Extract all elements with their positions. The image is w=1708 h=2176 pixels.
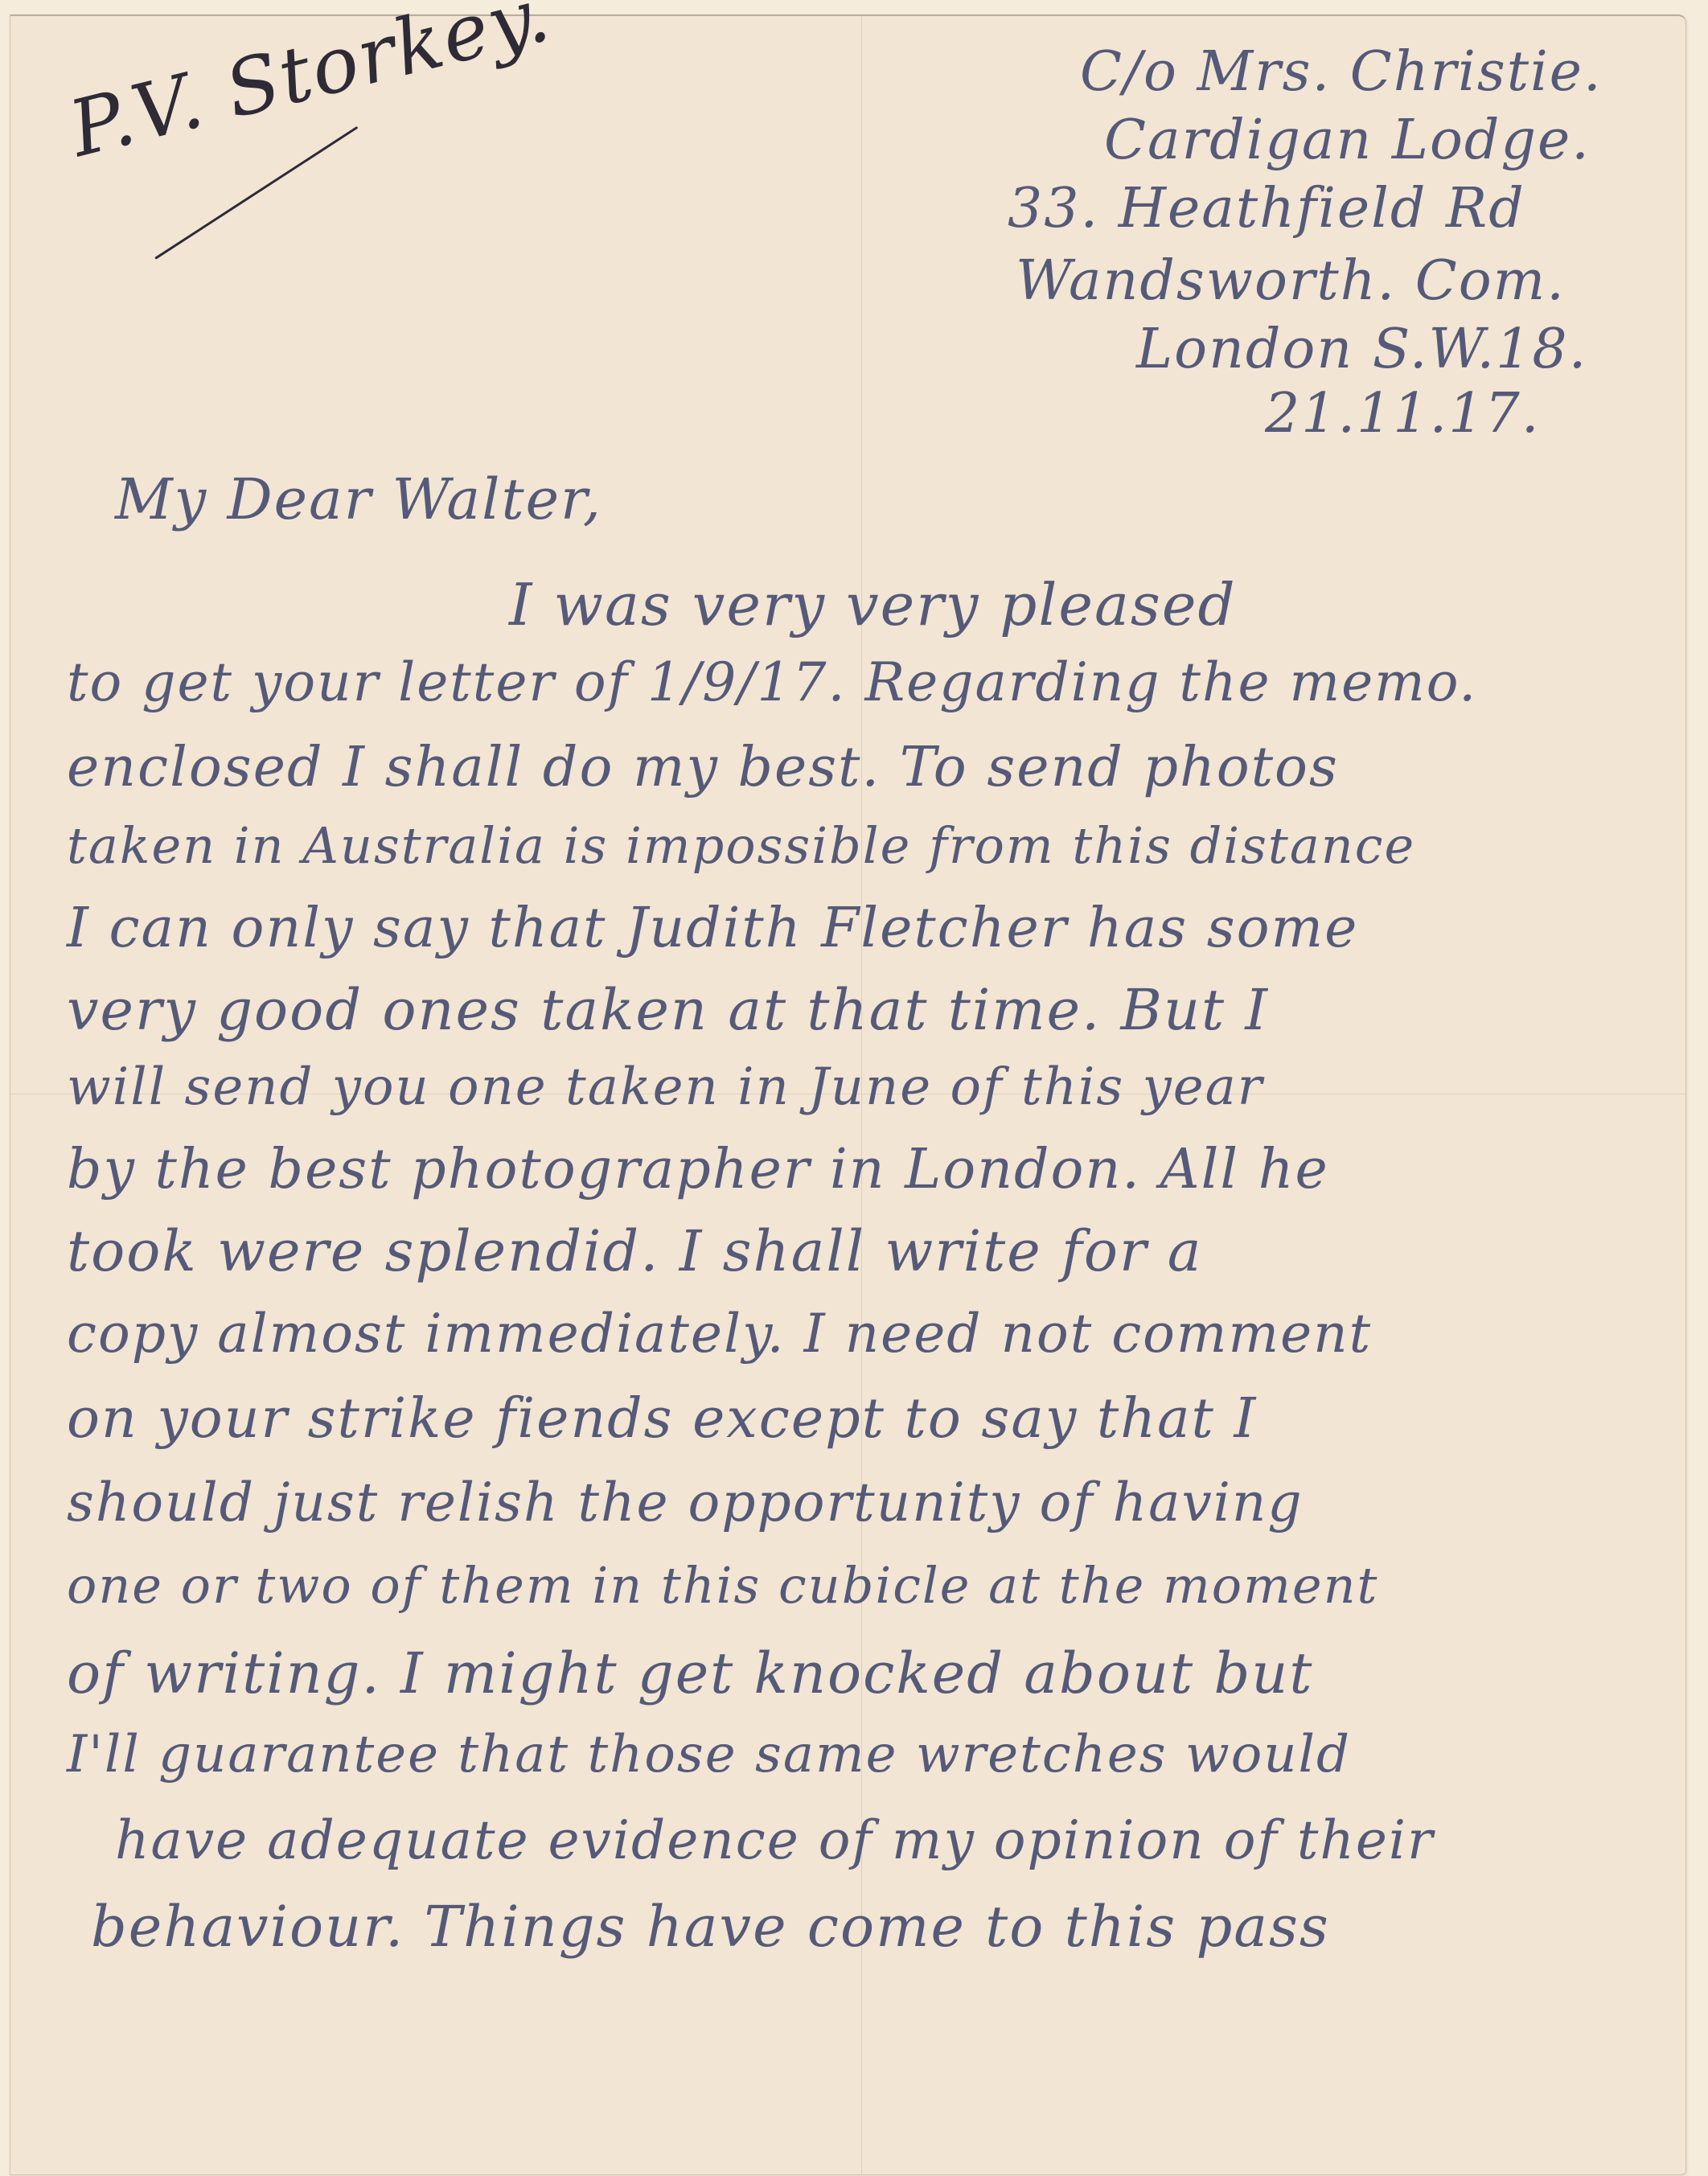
letter-page: P.V. Storkey. C/o Mrs. Christie. Cardiga… bbox=[10, 14, 1686, 2175]
letter-date: 21.11.17. bbox=[1265, 382, 1540, 445]
body-line: of writing. I might get knocked about bu… bbox=[67, 1640, 1313, 1706]
body-line: have adequate evidence of my opinion of … bbox=[115, 1809, 1435, 1871]
body-line: one or two of them in this cubicle at th… bbox=[67, 1556, 1378, 1615]
body-line: to get your letter of 1/9/17. Regarding … bbox=[67, 651, 1477, 713]
body-line: enclosed I shall do my best. To send pho… bbox=[67, 736, 1339, 799]
address-line: 33. Heathfield Rd bbox=[1008, 177, 1525, 240]
body-line: by the best photographer in London. All … bbox=[67, 1138, 1329, 1201]
address-line: Cardigan Lodge. bbox=[1104, 109, 1591, 172]
address-line: London S.W.18. bbox=[1136, 318, 1587, 381]
body-line: copy almost immediately. I need not comm… bbox=[67, 1303, 1372, 1365]
body-line: on your strike fiends except to say that… bbox=[67, 1387, 1257, 1451]
body-line: I'll guarantee that those same wretches … bbox=[67, 1725, 1351, 1784]
body-line: taken in Australia is impossible from th… bbox=[67, 816, 1415, 875]
salutation: My Dear Walter, bbox=[115, 466, 602, 532]
body-line: behaviour. Things have come to this pass bbox=[91, 1894, 1330, 1960]
body-line: I can only say that Judith Fletcher has … bbox=[67, 897, 1358, 960]
body-line: I was very very pleased bbox=[509, 571, 1237, 638]
body-line: should just relish the opportunity of ha… bbox=[67, 1472, 1304, 1533]
signature-mark: P.V. Storkey. bbox=[61, 0, 559, 174]
body-line: took were splendid. I shall write for a bbox=[67, 1218, 1202, 1284]
body-line: will send you one taken in June of this … bbox=[67, 1057, 1263, 1117]
address-line: Wandsworth. Com. bbox=[1016, 249, 1566, 313]
address-line: C/o Mrs. Christie. bbox=[1080, 40, 1603, 104]
body-line: very good ones taken at that time. But I bbox=[67, 977, 1269, 1043]
